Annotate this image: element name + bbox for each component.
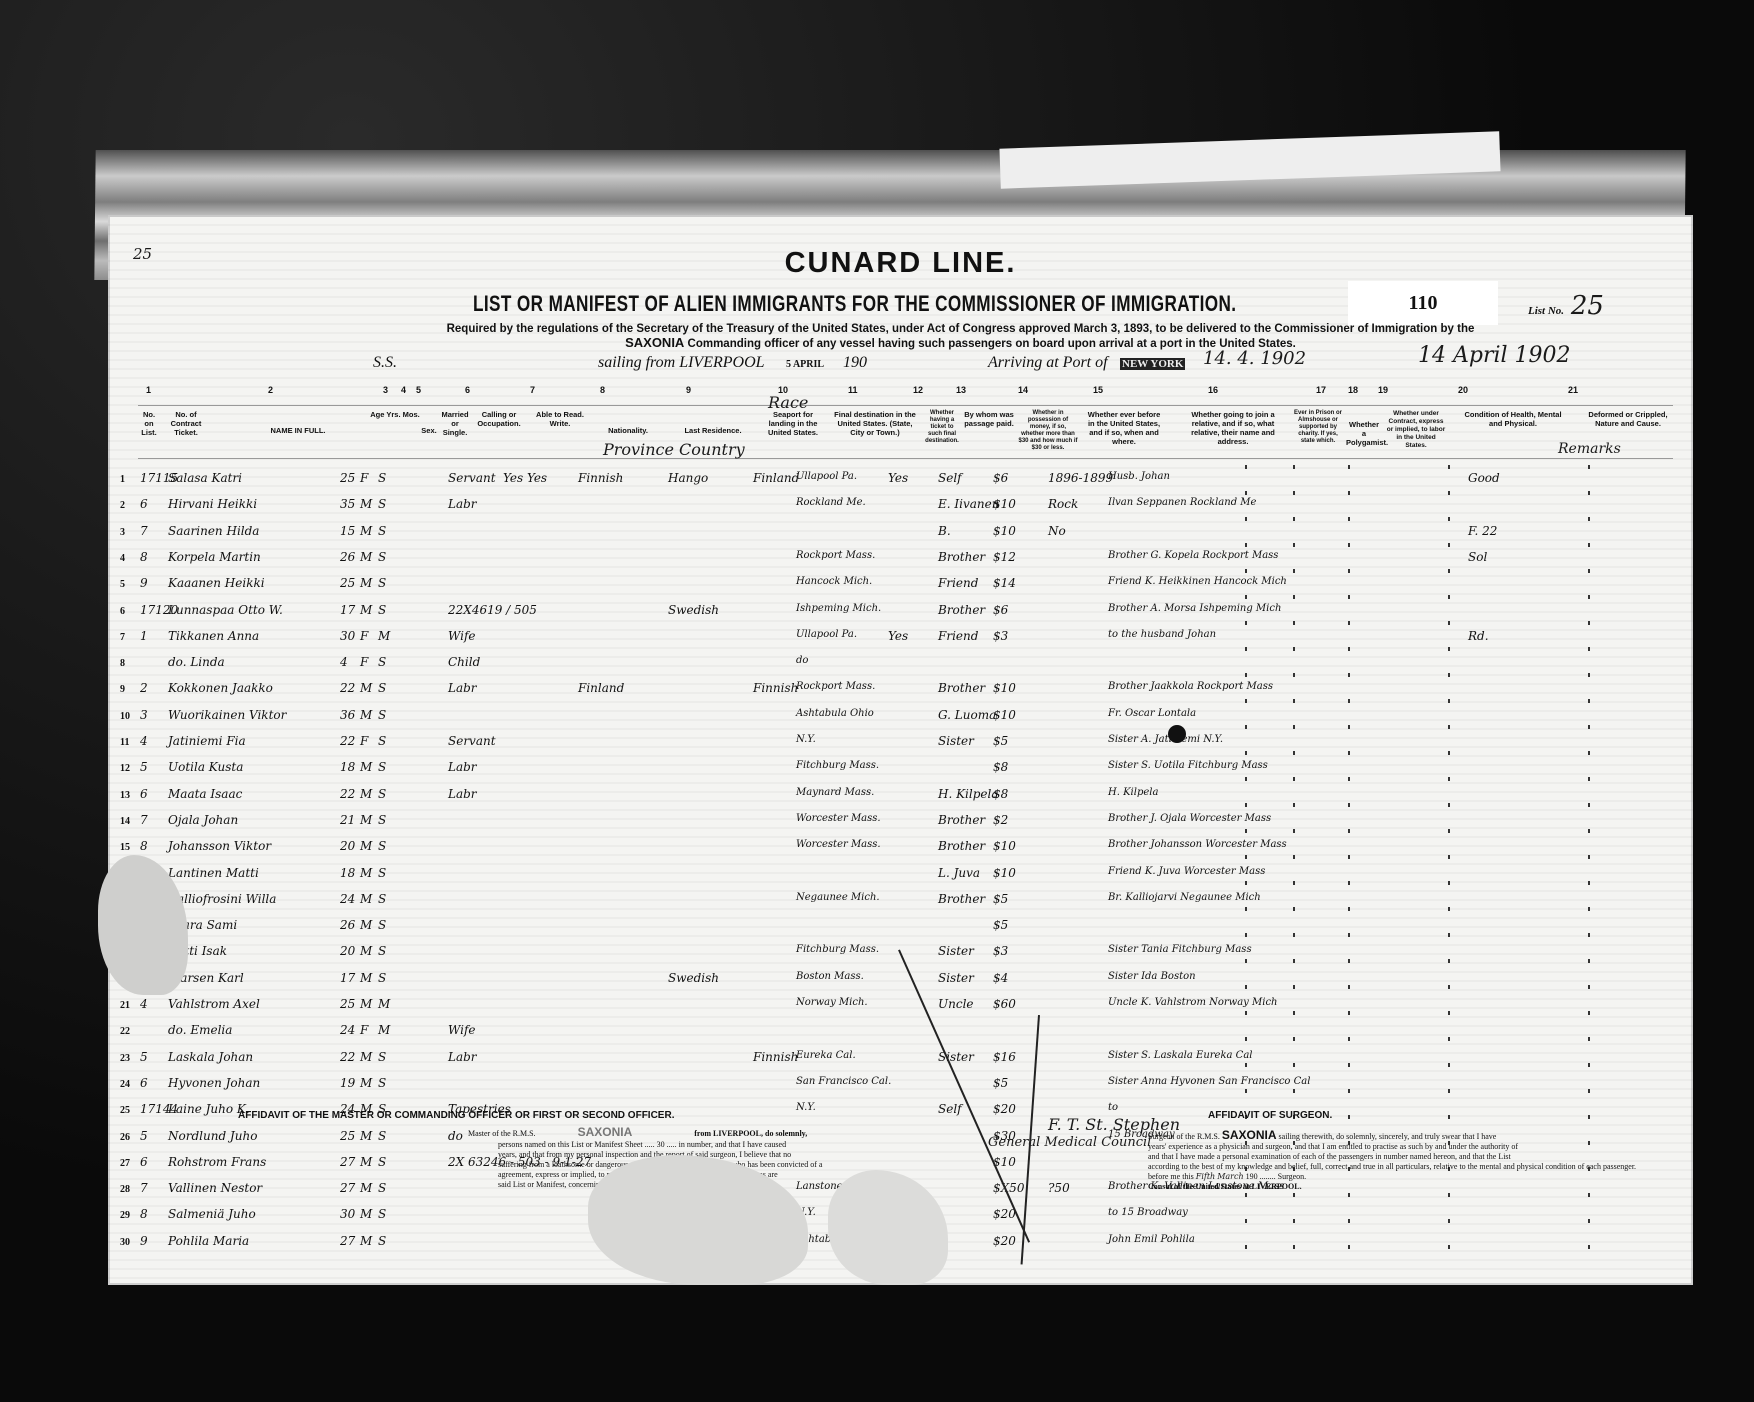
colnum: 16 <box>1208 385 1218 395</box>
cell-ticket: 6 <box>140 1076 148 1090</box>
surgeon-line: and that I have made a personal examinat… <box>1148 1152 1678 1162</box>
cell-no: 3 <box>120 527 125 538</box>
cell-money: $20 <box>993 1102 1016 1116</box>
cell-port: Finland <box>753 471 799 485</box>
table-row: 103Wuorikainen Viktor36MSAshtabula OhioG… <box>108 705 1693 731</box>
cell-sex: M <box>360 813 372 827</box>
surgeon-line: according to the best of my knowledge an… <box>1148 1162 1678 1172</box>
header-cell: Last Residence. <box>678 426 748 435</box>
cell-sex: M <box>360 944 372 958</box>
colnum: 19 <box>1378 385 1388 395</box>
cell-ticket: 9 <box>140 576 148 590</box>
authority-written: General Medical Council <box>988 1135 1151 1150</box>
header-cell: Whether having a ticket to such final de… <box>924 410 960 445</box>
cell-no: 29 <box>120 1210 130 1221</box>
cell-ms: S <box>378 1050 386 1064</box>
cell-age: 25 <box>340 997 355 1011</box>
cell-join: Brother G. Kopela Rockport Mass <box>1108 550 1278 561</box>
table-row: 617120Lunnaspaa Otto W.17MS22X4619 / 505… <box>108 600 1693 626</box>
cell-age: 25 <box>340 471 355 485</box>
header-cell: Final destination in the United States. … <box>830 410 920 437</box>
cell-occ: Servant <box>448 471 496 485</box>
surgeon-sworn-line: before me this Fifth March 190 ........ … <box>1148 1172 1678 1182</box>
cell-ms: S <box>378 471 386 485</box>
cell-ticket: 8 <box>140 1207 148 1221</box>
cell-ticket-dest: Yes <box>888 629 908 643</box>
province-annotation: Province Country <box>603 440 745 459</box>
cell-ticket: 9 <box>140 1234 148 1248</box>
surgeon-label: Surgeon of the R.M.S. <box>1148 1132 1220 1141</box>
table-row: 71Tikkanen Anna30FMWifeUllapool Pa.YesFr… <box>108 626 1693 652</box>
cell-paid: Uncle <box>938 997 974 1011</box>
cell-join: Sister Ida Boston <box>1108 971 1196 982</box>
cell-join: Brother J. Ojala Worcester Mass <box>1108 813 1271 824</box>
cell-ticket: 5 <box>140 760 148 774</box>
cell-ticket: 6 <box>140 1155 148 1169</box>
cell-paid: Brother <box>938 813 985 827</box>
colnum: 2 <box>268 385 273 395</box>
cell-dest: Rockport Mass. <box>796 550 875 561</box>
cell-no: 1 <box>120 474 125 485</box>
header-cell: Whether a Polygamist. <box>1346 420 1382 447</box>
cell-sex: M <box>360 1076 372 1090</box>
cell-age: 17 <box>340 971 355 985</box>
master-affidavit-line1: Master of the R.M.S. SAXONIA from LIVERP… <box>468 1127 807 1139</box>
cell-name: Kokkonen Jaakko <box>168 681 273 695</box>
cell-join: Friend K. Juva Worcester Mass <box>1108 866 1265 877</box>
cell-age: 22 <box>340 734 355 748</box>
cell-age: 4 <box>340 655 348 669</box>
cell-ms: S <box>378 497 386 511</box>
cell-sex: F <box>360 1023 368 1037</box>
cell-port: Finnish <box>753 681 798 695</box>
cell-age: 36 <box>340 708 355 722</box>
cell-ms: S <box>378 708 386 722</box>
colnum: 7 <box>530 385 535 395</box>
cell-ms: S <box>378 944 386 958</box>
table-row: 246Hyvonen Johan19MSSan Francisco Cal.$5… <box>108 1073 1693 1099</box>
cell-name: Nordlund Juho <box>168 1129 257 1143</box>
sworn-day: Fifth <box>1196 1172 1215 1181</box>
header-cell: Able to Read. Write. <box>530 410 590 428</box>
cell-join: Br. Kalliojarvi Negaunee Mich <box>1108 892 1261 903</box>
cell-name: Lantinen Matti <box>168 866 259 880</box>
table-row: 1717130Kalliofrosini Willa24MSNegaunee M… <box>108 889 1693 915</box>
header-cell: No. of Contract Ticket. <box>166 410 206 437</box>
cell-join: Sister S. Laskala Eureka Cal <box>1108 1050 1252 1061</box>
cell-sex: M <box>360 681 372 695</box>
year-label: 190 <box>843 354 867 372</box>
cell-paid: Sister <box>938 971 974 985</box>
table-row: 147Ojala Johan21MSWorcester Mass.Brother… <box>108 810 1693 836</box>
cell-health: F. 22 <box>1468 524 1497 538</box>
cell-ms: S <box>378 550 386 564</box>
header-cell: Sex. <box>420 426 438 435</box>
cell-dest: Maynard Mass. <box>796 787 874 798</box>
cell-money: $10 <box>993 497 1016 511</box>
cell-dest: Ashtabula Ohio <box>796 708 874 719</box>
cell-dest: Norway Mich. <box>796 997 868 1008</box>
cell-join: Sister S. Uotila Fitchburg Mass <box>1108 760 1268 771</box>
surgeon-ship: SAXONIA <box>1222 1128 1277 1142</box>
cell-before: 1896-1899 <box>1048 471 1113 485</box>
column-headers: No. on List. No. of Contract Ticket. NAM… <box>138 405 1673 459</box>
cell-dest: N.Y. <box>796 1102 816 1113</box>
cell-paid: Self <box>938 1102 962 1116</box>
cell-money: $8 <box>993 760 1008 774</box>
cell-ticket: 6 <box>140 497 148 511</box>
surgeon-line: years' experience as a physician and sur… <box>1148 1142 1678 1152</box>
cell-ms: S <box>378 655 386 669</box>
cell-paid: L. Juva <box>938 866 980 880</box>
cell-sex: M <box>360 1234 372 1248</box>
header-cell: Seaport for landing in the United States… <box>760 410 826 437</box>
cell-money: $5 <box>993 1076 1008 1090</box>
cell-res: Swedish <box>668 971 719 985</box>
cell-join: to the husband Johan <box>1108 629 1216 640</box>
cell-no: 8 <box>120 658 125 669</box>
cell-dest: Fitchburg Mass. <box>796 760 879 771</box>
cell-no: 10 <box>120 711 130 722</box>
header-cell: Calling or Occupation. <box>474 410 524 428</box>
colnum: 17 <box>1316 385 1326 395</box>
cell-occ: Labr <box>448 497 477 511</box>
table-row: 114Jatiniemi Fia22FSServantN.Y.Sister$5S… <box>108 731 1693 757</box>
remarks-annotation: Remarks <box>1558 441 1621 457</box>
cell-ms: S <box>378 524 386 538</box>
table-row: 125Uotila Kusta18MSLabrFitchburg Mass.$8… <box>108 757 1693 783</box>
cell-money: $20 <box>993 1234 1016 1248</box>
required-line-1: Required by the regulations of the Secre… <box>258 322 1663 336</box>
cell-sex: M <box>360 760 372 774</box>
cell-occ: Child <box>448 655 480 669</box>
cell-ms: S <box>378 839 386 853</box>
surgeon-line1: Surgeon of the R.M.S. SAXONIA sailing th… <box>1148 1130 1678 1142</box>
cell-ticket: 8 <box>140 550 148 564</box>
colnum: 12 <box>913 385 923 395</box>
cell-name: Kalliofrosini Willa <box>168 892 276 906</box>
cell-money: $3 <box>993 629 1008 643</box>
table-row: 235Laskala Johan22MSLabrFinnishEureka Ca… <box>108 1047 1693 1073</box>
table-row: 37Saarinen Hilda15MSB.$10NoF. 22 <box>108 521 1693 547</box>
cell-join: Sister Tania Fitchburg Mass <box>1108 944 1252 955</box>
cell-no: 13 <box>120 790 130 801</box>
cell-paid: Brother <box>938 839 985 853</box>
cell-no: 11 <box>120 737 129 748</box>
cell-ticket: 1 <box>140 629 148 643</box>
cell-ticket: 7 <box>140 1181 148 1195</box>
cell-money: $10 <box>993 524 1016 538</box>
cell-health: Rd. <box>1468 629 1489 643</box>
cell-ticket: 4 <box>140 734 148 748</box>
arriving-label: Arriving at Port of <box>988 354 1108 372</box>
table-row: 158Johansson Viktor20MSWorcester Mass.Br… <box>108 836 1693 862</box>
table-row: 59Kaaanen Heikki25MSHancock Mich.Friend$… <box>108 573 1693 599</box>
cell-no: 21 <box>120 1000 130 1011</box>
cell-sex: M <box>360 1129 372 1143</box>
cell-join: to <box>1108 1102 1118 1113</box>
cell-ms: S <box>378 787 386 801</box>
cell-ticket: 8 <box>140 839 148 853</box>
cell-dest: Negaunee Mich. <box>796 892 880 903</box>
cell-age: 27 <box>340 1181 355 1195</box>
cell-occ: Wife <box>448 629 476 643</box>
cell-sex: M <box>360 1181 372 1195</box>
ink-blot <box>1168 725 1186 743</box>
cell-age: 21 <box>340 813 355 827</box>
cell-dest: Rockport Mass. <box>796 681 875 692</box>
cell-ms: S <box>378 681 386 695</box>
cell-money: $60 <box>993 997 1016 1011</box>
colnum: 18 <box>1348 385 1358 395</box>
cell-health: Good <box>1468 471 1500 485</box>
cell-name: do. Emelia <box>168 1023 232 1037</box>
list-number-value: 25 <box>1571 291 1604 321</box>
cell-age: 24 <box>340 1023 355 1037</box>
cell-sex: M <box>360 787 372 801</box>
header-cell: Whether ever before in the United States… <box>1084 410 1164 446</box>
sworn-label: before me this <box>1148 1172 1194 1181</box>
cell-occ: Wife <box>448 1023 476 1037</box>
cell-ms: S <box>378 1234 386 1248</box>
race-annotation: Race <box>768 393 808 412</box>
cell-sex: M <box>360 576 372 590</box>
cell-ms: M <box>378 997 390 1011</box>
sailing-date: 5 APRIL <box>786 359 824 370</box>
cell-sex: M <box>360 1050 372 1064</box>
master-line: agreement, express or implied, to perfor… <box>498 1170 1078 1180</box>
colnum: 11 <box>848 385 858 395</box>
cell-age: 19 <box>340 1076 355 1090</box>
header-cell: Married or Single. <box>438 410 472 437</box>
table-row: 48Korpela Martin26MSRockport Mass.Brothe… <box>108 547 1693 573</box>
cell-ms: S <box>378 1129 386 1143</box>
header-cell: NAME IN FULL. <box>238 426 358 435</box>
document-subtitle: LIST OR MANIFEST OF ALIEN IMMIGRANTS FOR… <box>473 291 1236 317</box>
cell-money: $6 <box>993 603 1008 617</box>
cell-ms: S <box>378 866 386 880</box>
table-row: 169Lantinen Matti18MSL. Juva$10Friend K.… <box>108 863 1693 889</box>
cell-join: H. Kilpela <box>1108 787 1158 798</box>
table-row: 203Marsen Karl17MSSwedishBoston Mass.Sis… <box>108 968 1693 994</box>
cell-dest: Ishpeming Mich. <box>796 603 881 614</box>
cell-dest: N.Y. <box>796 734 816 745</box>
cell-ms: S <box>378 971 386 985</box>
cell-ticket: 7 <box>140 813 148 827</box>
header-cell: Deformed or Crippled, Nature and Cause. <box>1578 410 1678 428</box>
cell-age: 20 <box>340 839 355 853</box>
cell-no: 24 <box>120 1079 130 1090</box>
cell-age: 26 <box>340 918 355 932</box>
cell-ms: S <box>378 1155 386 1169</box>
cell-dest: do <box>796 655 808 666</box>
cell-sex: F <box>360 629 368 643</box>
cell-join: Uncle K. Vahlstrom Norway Mich <box>1108 997 1278 1008</box>
surgeon-affidavit-heading: AFFIDAVIT OF SURGEON. <box>1208 1110 1332 1121</box>
sailing-label: sailing from LIVERPOOL <box>598 354 765 372</box>
cell-join: Fr. Oscar Lontala <box>1108 708 1196 719</box>
colnum: 1 <box>146 385 151 395</box>
cell-no: 25 <box>120 1105 130 1116</box>
cell-money: $8 <box>993 787 1008 801</box>
cell-sex: F <box>360 734 368 748</box>
cell-join: Sister A. Jatiniemi N.Y. <box>1108 734 1223 745</box>
cell-paid: H. Kilpela <box>938 787 999 801</box>
cell-join: John Emil Pohlila <box>1108 1234 1195 1245</box>
header-cell: Whether going to join a relative, and if… <box>1178 410 1288 446</box>
cell-before: Rock <box>1048 497 1078 511</box>
cell-join: Friend K. Heikkinen Hancock Mich <box>1108 576 1287 587</box>
cell-age: 20 <box>340 944 355 958</box>
cell-sex: M <box>360 918 372 932</box>
header-cell: Age Yrs. Mos. <box>370 410 420 419</box>
cell-occ: Labr <box>448 760 477 774</box>
cell-name: Ojala Johan <box>168 813 238 827</box>
cell-dest: Ullapool Pa. <box>796 629 857 640</box>
cell-paid: Brother <box>938 603 985 617</box>
cell-sex: M <box>360 550 372 564</box>
cell-no: 14 <box>120 816 130 827</box>
cell-occ: Labr <box>448 787 477 801</box>
cell-dest: Hancock Mich. <box>796 576 872 587</box>
cell-money: $4 <box>993 971 1008 985</box>
cell-name: Vahlstrom Axel <box>168 997 260 1011</box>
cell-occ: do <box>448 1129 463 1143</box>
cell-occ: Servant <box>448 734 496 748</box>
cell-paid: Sister <box>938 944 974 958</box>
header-cell: No. on List. <box>138 410 160 437</box>
cell-ticket: 5 <box>140 1050 148 1064</box>
arrival-date-written: 14 April 1902 <box>1418 343 1571 368</box>
colnum: 15 <box>1093 385 1103 395</box>
cell-name: do. Linda <box>168 655 225 669</box>
arrival-date-numeric: 14. 4. 1902 <box>1203 348 1306 369</box>
cell-ticket: 7 <box>140 524 148 538</box>
cell-name: Uotila Kusta <box>168 760 243 774</box>
cell-ms: S <box>378 734 386 748</box>
cell-name: Hirvani Heikki <box>168 497 257 511</box>
cell-rw: Yes Yes <box>503 471 547 485</box>
cell-join: Ilvan Seppanen Rockland Me <box>1108 497 1256 508</box>
cell-sex: F <box>360 471 368 485</box>
cell-ms: S <box>378 813 386 827</box>
cell-sex: M <box>360 524 372 538</box>
list-number: List No. 25 <box>1528 291 1604 321</box>
table-row: 92Kokkonen Jaakko22MSLabrFinlandFinnishR… <box>108 678 1693 704</box>
cell-dest: Rockland Me. <box>796 497 866 508</box>
cell-age: 18 <box>340 866 355 880</box>
cell-paid: E. Iivanen <box>938 497 999 511</box>
cell-age: 27 <box>340 1155 355 1169</box>
ss-label: S.S. <box>373 354 397 372</box>
cell-age: 25 <box>340 576 355 590</box>
manifest-page: 25 CUNARD LINE. LIST OR MANIFEST OF ALIE… <box>108 215 1693 1285</box>
cell-dest: Fitchburg Mass. <box>796 944 879 955</box>
header-cell: Whether in possession of money, if so, w… <box>1018 410 1078 452</box>
cell-money: $14 <box>993 576 1016 590</box>
surgeon-label-end: Surgeon. <box>1278 1172 1307 1181</box>
cell-ticket: 2 <box>140 681 148 695</box>
cell-no: 27 <box>120 1158 130 1169</box>
surgeon-affidavit-body: Surgeon of the R.M.S. SAXONIA sailing th… <box>1148 1130 1678 1192</box>
cell-age: 26 <box>340 550 355 564</box>
colnum: 21 <box>1568 385 1578 395</box>
cell-money: $10 <box>993 708 1016 722</box>
arrival-port: NEW YORK <box>1120 358 1185 370</box>
cell-ms: S <box>378 760 386 774</box>
cell-no: 30 <box>120 1237 130 1248</box>
master-from: from LIVERPOOL, do solemnly, <box>694 1129 807 1138</box>
cell-dest: Worcester Mass. <box>796 813 881 824</box>
colnum: 9 <box>686 385 691 395</box>
cell-ms: S <box>378 576 386 590</box>
cell-age: 25 <box>340 1129 355 1143</box>
header-cell: Ever in Prison or Almshouse or supported… <box>1294 410 1342 445</box>
table-row: 8do. Linda4FSChilddo <box>108 652 1693 678</box>
colnum: 20 <box>1458 385 1468 395</box>
cell-ticket: 5 <box>140 1129 148 1143</box>
cell-sex: M <box>360 839 372 853</box>
header-cell: Whether under Contract, express or impli… <box>1386 410 1446 450</box>
cell-before: No <box>1048 524 1066 538</box>
cell-money: $3 <box>993 944 1008 958</box>
cell-money: $6 <box>993 471 1008 485</box>
ship-stamp: SAXONIA <box>625 335 684 350</box>
cell-name: Laskala Johan <box>168 1050 253 1064</box>
column-numbers: 1 2 3 4 5 6 7 8 9 10 11 12 13 14 15 16 1… <box>108 385 1693 401</box>
cell-name: Jatiniemi Fia <box>168 734 246 748</box>
cell-name: Maata Isaac <box>168 787 242 801</box>
cell-no: 23 <box>120 1053 130 1064</box>
cell-money: $10 <box>993 681 1016 695</box>
sworn-month: March <box>1217 1172 1243 1181</box>
cell-join: Husb. Johan <box>1108 471 1170 482</box>
cell-age: 27 <box>340 1234 355 1248</box>
cell-money: $10 <box>993 866 1016 880</box>
cell-ticket: 3 <box>140 708 148 722</box>
cell-no: 28 <box>120 1184 130 1195</box>
master-line: suffering from a loathsome or dangerous … <box>498 1160 1078 1170</box>
cell-money: $12 <box>993 550 1016 564</box>
cell-name: Saarinen Hilda <box>168 524 259 538</box>
cell-sex: F <box>360 655 368 669</box>
cell-no: 7 <box>120 632 125 643</box>
cell-sex: M <box>360 708 372 722</box>
cell-ticket-dest: Yes <box>888 471 908 485</box>
table-row: 181Vaara Sami26MS$5 <box>108 915 1693 941</box>
cell-sex: M <box>360 1155 372 1169</box>
cell-name: Hyvonen Johan <box>168 1076 260 1090</box>
cell-money: $16 <box>993 1050 1016 1064</box>
master-affidavit-heading: AFFIDAVIT OF THE MASTER OR COMMANDING OF… <box>238 1110 674 1121</box>
table-row: 26Hirvani Heikki35MSLabrRockland Me.E. I… <box>108 494 1693 520</box>
colnum: 3 <box>383 385 388 395</box>
cell-money: $5 <box>993 918 1008 932</box>
cell-age: 22 <box>340 787 355 801</box>
table-row: 117115Salasa Katri25FSServantYes YesFinn… <box>108 468 1693 494</box>
cell-paid: Brother <box>938 681 985 695</box>
colnum: 8 <box>600 385 605 395</box>
cell-nat: Finnish <box>578 471 623 485</box>
cell-ms: S <box>378 1076 386 1090</box>
master-ship: SAXONIA <box>578 1125 633 1139</box>
cell-port: Finnish <box>753 1050 798 1064</box>
cell-age: 15 <box>340 524 355 538</box>
colnum: 14 <box>1018 385 1028 395</box>
cell-paid: G. Luoma <box>938 708 996 722</box>
cell-occ: Labr <box>448 1050 477 1064</box>
cell-res: Swedish <box>668 603 719 617</box>
